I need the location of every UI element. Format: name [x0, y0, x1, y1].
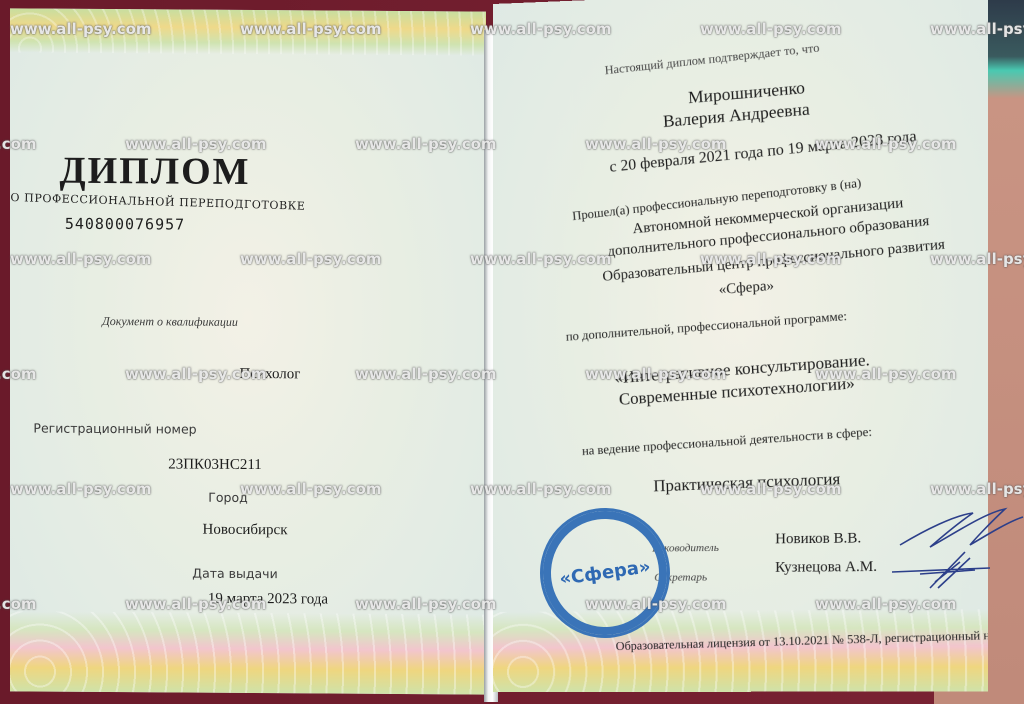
head-name: Новиков В.В. — [775, 530, 861, 548]
sphere-label: на ведение профессиональной деятельности… — [582, 424, 873, 459]
serial-number: 540800076957 — [65, 215, 185, 234]
registration-label: Регистрационный номер — [33, 421, 196, 437]
stamp-label: «Сфера» — [558, 556, 652, 590]
organization-line-4: «Сфера» — [718, 278, 774, 299]
issue-date-label: Дата выдачи — [192, 566, 277, 582]
ornamental-border-top — [10, 8, 486, 55]
intro-text: Настоящий диплом подтверждает то, что — [604, 40, 820, 78]
qualification-label: Документ о квалификации — [102, 314, 238, 330]
registration-value: 23ПК03НС211 — [168, 456, 262, 474]
program-label: по дополнительной, профессиональной прог… — [565, 309, 847, 345]
secretary-name: Кузнецова А.М. — [775, 559, 877, 577]
sphere-value: Практическая психология — [653, 469, 840, 497]
holder-given-names: Валерия Андреевна — [662, 99, 810, 132]
diploma-subtitle: О ПРОФЕССИОНАЛЬНОЙ ПЕРЕПОДГОТОВКЕ — [10, 191, 305, 213]
study-period: с 20 февраля 2021 года по 19 марта 2023 … — [609, 128, 917, 177]
ornamental-border-bottom — [10, 611, 486, 694]
left-page: ДИПЛОМ О ПРОФЕССИОНАЛЬНОЙ ПЕРЕПОДГОТОВКЕ… — [10, 8, 486, 694]
issue-date-value: 19 марта 2023 года — [208, 591, 328, 609]
qualification-value: Психолог — [240, 366, 301, 383]
city-value: Новосибирск — [203, 522, 288, 540]
city-label: Город — [208, 490, 248, 505]
secretary-signature-icon — [890, 548, 1000, 593]
diploma-title: ДИПЛОМ — [60, 149, 251, 194]
